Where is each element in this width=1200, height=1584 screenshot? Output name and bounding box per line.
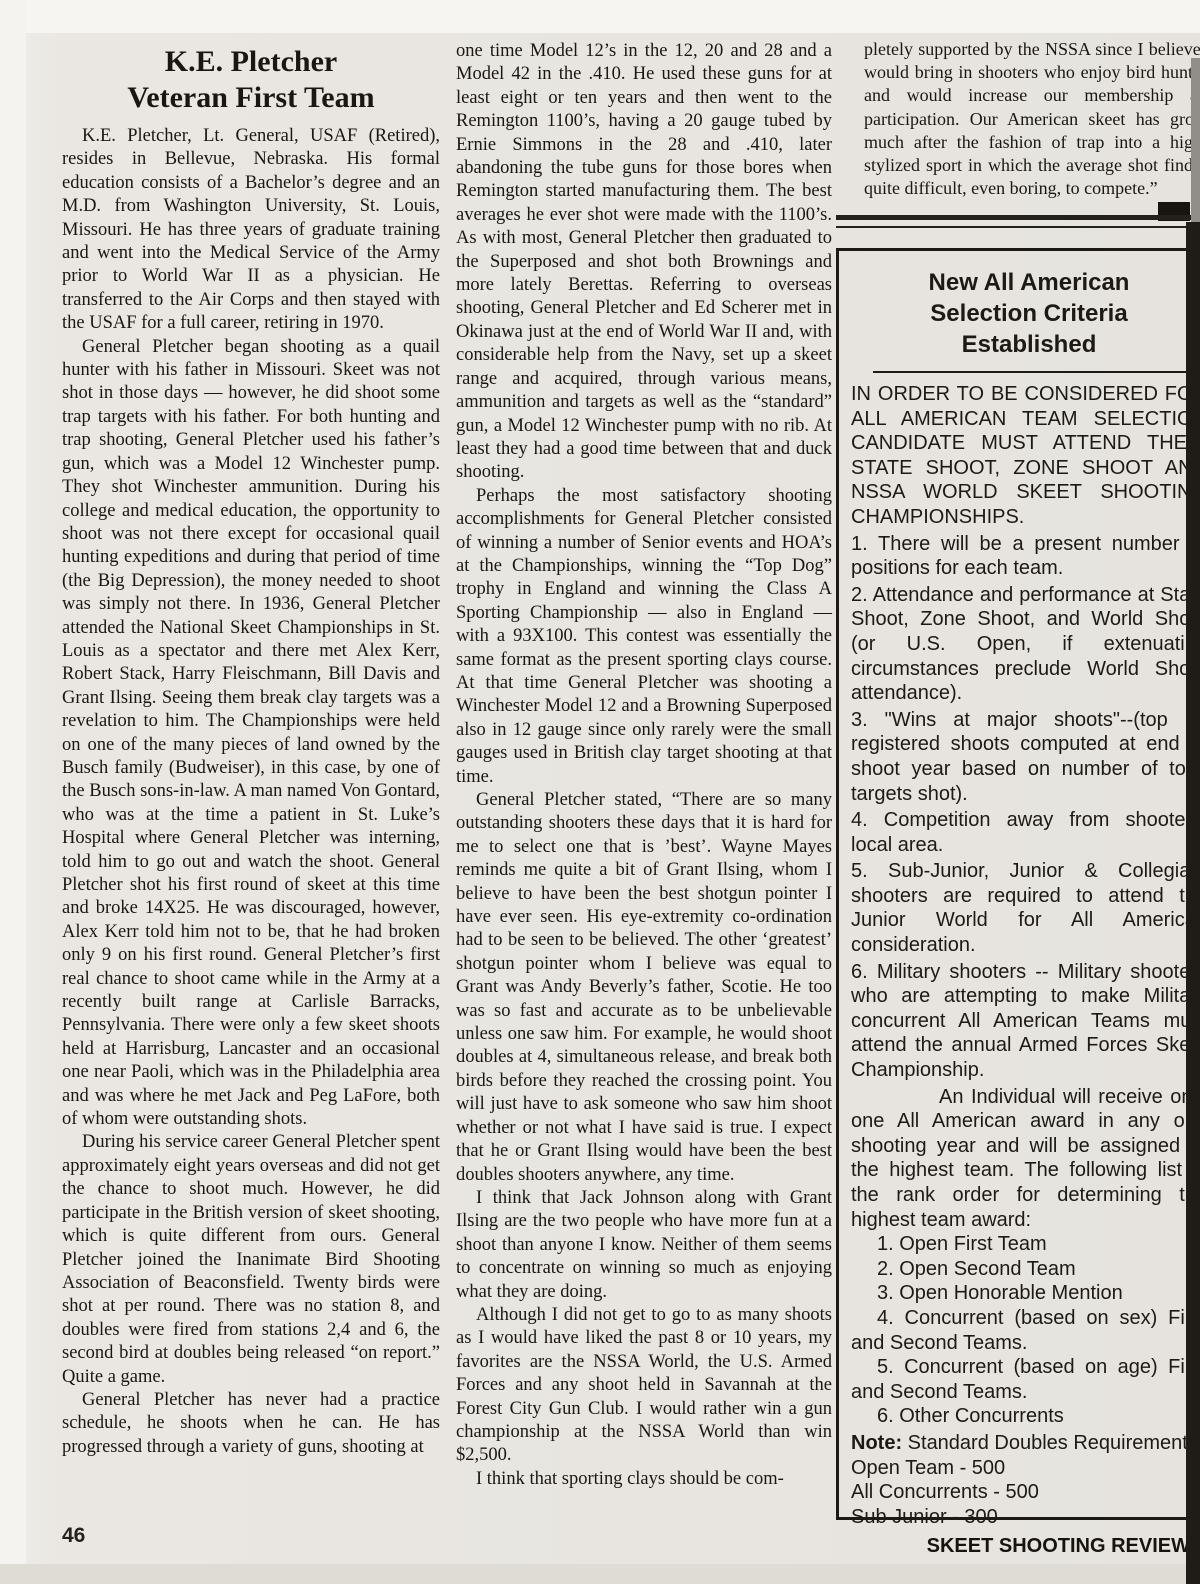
paragraph: K.E. Pletcher, Lt. General, USAF (Retire…: [62, 125, 440, 336]
paragraph: I think that sporting clays should be co…: [456, 1468, 832, 1491]
rank-item: 6. Other Concurrents: [851, 1404, 1200, 1429]
requirement-line: All Concurrents - 500: [851, 1480, 1200, 1505]
rank-item: 2. Open Second Team: [851, 1257, 1200, 1282]
criteria-title-rule: [873, 371, 1200, 373]
rank-item: 5. Concurrent (based on age) First and S…: [851, 1355, 1200, 1404]
criteria-item: 5. Sub-Junior, Junior & Collegiate shoot…: [851, 859, 1200, 957]
criteria-box: New All AmericanSelection CriteriaEstabl…: [836, 248, 1200, 1520]
page-number: 46: [62, 1524, 85, 1548]
individual-award-paragraph: An Individual will receive only one All …: [851, 1085, 1200, 1233]
criteria-item: 2. Attendance and performance at State S…: [851, 583, 1200, 706]
paragraph: Although I did not get to go to as many …: [456, 1304, 832, 1468]
rank-order-list: 1. Open First Team2. Open Second Team3. …: [851, 1232, 1200, 1429]
rank-item: 4. Concurrent (based on sex) First and S…: [851, 1306, 1200, 1355]
article-column-1: K.E. Pletcher Veteran First Team K.E. Pl…: [62, 44, 440, 1459]
paragraph: Perhaps the most satisfactory shooting a…: [456, 485, 832, 789]
paragraph: General Pletcher began shooting as a qua…: [62, 336, 440, 1132]
scan-bottom-margin: [0, 1564, 1200, 1584]
paragraph: pletely supported by the NSSA since I be…: [864, 38, 1200, 200]
criteria-item: 3. "Wins at major shoots"--(top 10 regis…: [851, 708, 1200, 806]
criteria-items: 1. There will be a present number of pos…: [851, 532, 1200, 1083]
criteria-title-line: Established: [851, 329, 1200, 360]
article-column-2: one time Model 12’s in the 12, 20 and 28…: [456, 40, 832, 1491]
requirement-line: Sub Junior - 300: [851, 1505, 1200, 1530]
article-title: K.E. Pletcher Veteran First Team: [62, 44, 440, 116]
criteria-item: 1. There will be a present number of pos…: [851, 532, 1200, 581]
divider-thick-line: [836, 215, 1200, 220]
paragraph: General Pletcher has never had a practic…: [62, 1389, 440, 1459]
criteria-title-line: New All American: [851, 267, 1200, 298]
note-label: Note:: [851, 1432, 902, 1454]
paragraph: During his service career General Pletch…: [62, 1131, 440, 1388]
criteria-lead: IN ORDER TO BE CONSIDERED FOR ALL AMERIC…: [851, 382, 1200, 530]
paragraph: I think that Jack Johnson along with Gra…: [456, 1187, 832, 1304]
paragraph: General Pletcher stated, “There are so m…: [456, 789, 832, 1187]
requirement-line: Open Team - 500: [851, 1456, 1200, 1481]
scan-top-margin: [0, 0, 1200, 33]
rank-item: 3. Open Honorable Mention: [851, 1281, 1200, 1306]
divider-thin-line: [836, 226, 1200, 228]
criteria-box-content: New All AmericanSelection CriteriaEstabl…: [839, 251, 1200, 1529]
column-1-text: K.E. Pletcher, Lt. General, USAF (Retire…: [62, 125, 440, 1459]
criteria-item: 6. Military shooters -- Military shooter…: [851, 960, 1200, 1083]
criteria-title-line: Selection Criteria: [851, 298, 1200, 329]
article-title-line-2: Veteran First Team: [62, 80, 440, 116]
rank-item: 1. Open First Team: [851, 1232, 1200, 1257]
note-text: Standard Doubles Requirements: [902, 1432, 1198, 1454]
magazine-page: K.E. Pletcher Veteran First Team K.E. Pl…: [0, 0, 1200, 1584]
magazine-name: SKEET SHOOTING REVIEW: [860, 1535, 1190, 1558]
criteria-item: 4. Competition away from shooter’s local…: [851, 808, 1200, 857]
paragraph: one time Model 12’s in the 12, 20 and 28…: [456, 40, 832, 485]
article-title-line-1: K.E. Pletcher: [62, 44, 440, 80]
scan-edge-shadow: [1191, 58, 1200, 222]
scan-edge-bar: [1186, 222, 1200, 1584]
scan-left-margin: [0, 0, 26, 1584]
article-column-3: pletely supported by the NSSA since I be…: [864, 38, 1200, 200]
doubles-note: Note: Standard Doubles Requirements: [851, 1431, 1200, 1456]
section-divider-rule: [836, 215, 1200, 228]
criteria-box-title: New All AmericanSelection CriteriaEstabl…: [851, 267, 1200, 360]
doubles-requirements: Open Team - 500All Concurrents - 500Sub …: [851, 1456, 1200, 1530]
